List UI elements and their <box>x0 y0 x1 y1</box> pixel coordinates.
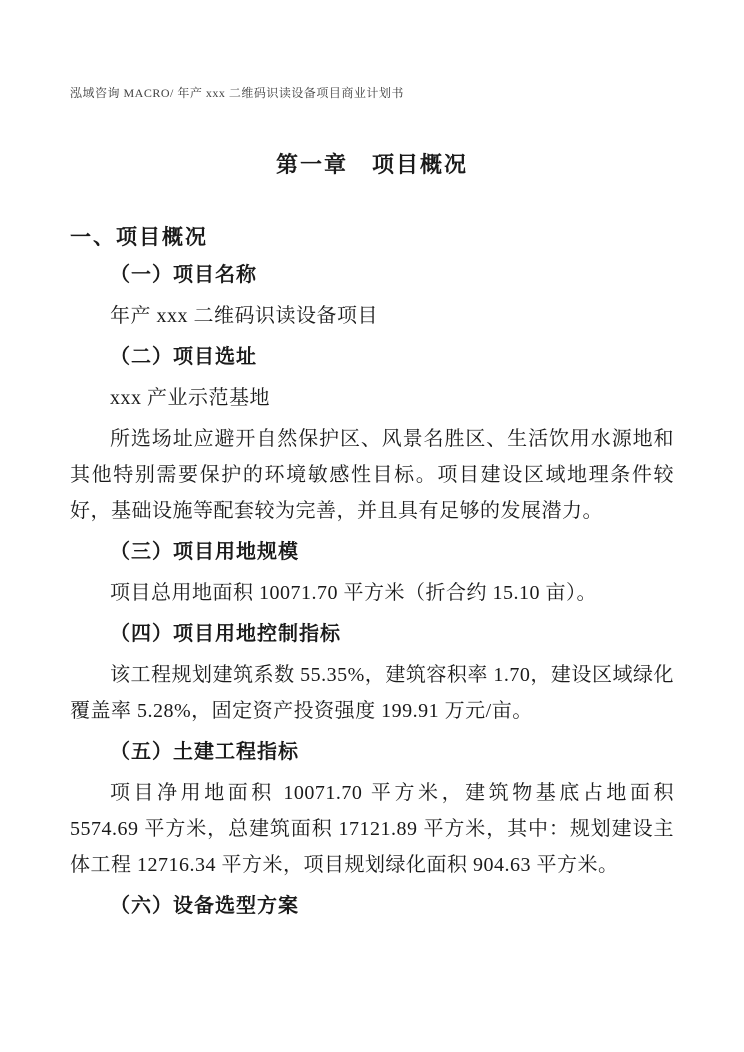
chapter-title: 第一章 项目概况 <box>70 150 674 180</box>
paragraph-construction-indicators: 项目净用地面积 10071.70 平方米，建筑物基底占地面积 5574.69 平… <box>70 775 674 883</box>
subsection-heading-land-control-indicators: （四）项目用地控制指标 <box>70 616 674 652</box>
paragraph-site-description: 所选场址应避开自然保护区、风景名胜区、生活饮用水源地和其他特别需要保护的环境敏感… <box>70 421 674 529</box>
subsection-heading-equipment-selection: （六）设备选型方案 <box>70 888 674 924</box>
subsection-heading-land-scale: （三）项目用地规模 <box>70 534 674 570</box>
document-content: 泓域咨询 MACRO/ 年产 xxx 二维码识读设备项目商业计划书 第一章 项目… <box>0 0 744 924</box>
subsection-heading-project-site: （二）项目选址 <box>70 339 674 375</box>
subsection-heading-project-name: （一）项目名称 <box>70 257 674 293</box>
paragraph-land-control-indicators: 该工程规划建筑系数 55.35%，建筑容积率 1.70，建设区域绿化覆盖率 5.… <box>70 657 674 729</box>
section-heading-project-overview: 一、项目概况 <box>70 222 674 252</box>
paragraph-site-location: xxx 产业示范基地 <box>70 380 674 416</box>
subsection-heading-construction-indicators: （五）土建工程指标 <box>70 734 674 770</box>
paragraph-land-scale: 项目总用地面积 10071.70 平方米（折合约 15.10 亩）。 <box>70 575 674 611</box>
page-header: 泓域咨询 MACRO/ 年产 xxx 二维码识读设备项目商业计划书 <box>70 86 674 100</box>
document-page: 泓域咨询 MACRO/ 年产 xxx 二维码识读设备项目商业计划书 第一章 项目… <box>0 0 744 1052</box>
paragraph-project-name: 年产 xxx 二维码识读设备项目 <box>70 298 674 334</box>
